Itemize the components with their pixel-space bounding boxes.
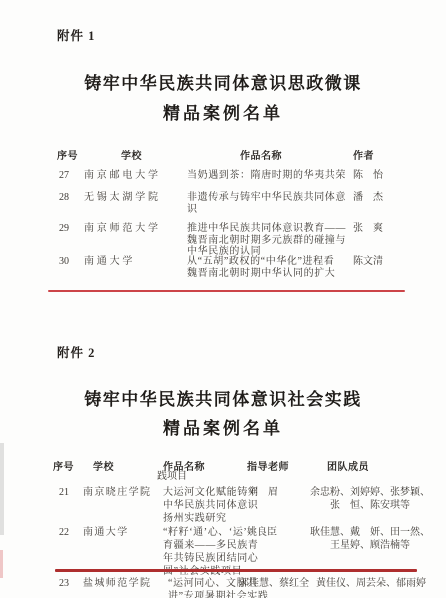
table2-header-no: 序号 [53, 458, 74, 473]
table1-row-author: 陈 怡 [353, 170, 383, 182]
table2-row-no: 21 [53, 486, 75, 499]
document-page: 附件 1 铸牢中华民族共同体意识思政微课 精品案例名单 序号 学校 作品名称 作… [0, 0, 446, 598]
attachment1-label: 附件 1 [57, 26, 95, 44]
table2-row-team: 黄佳仪、周芸朵、郁雨婷 [316, 577, 426, 590]
table2-header-teacher: 指导老师 [247, 458, 289, 473]
table1-row-no: 29 [53, 223, 75, 235]
table2-row-teacher: 姚良臣 [247, 526, 277, 539]
table2-row-school: 盐城师范学院 [83, 577, 151, 590]
table1-row-author: 潘 杰 [353, 192, 383, 204]
attachment1-title-line1: 铸牢中华民族共同体意识思政微课 [0, 69, 446, 94]
attachment1-title-line2: 精品案例名单 [0, 99, 446, 124]
table2-partial-row-text: 践项目 [157, 470, 187, 483]
table1-row-school: 无锡太湖学院 [84, 192, 161, 204]
table2-header-school: 学校 [93, 458, 114, 473]
attachment2-title-line2: 精品案例名单 [0, 414, 446, 439]
table1-row-author: 陈文清 [353, 256, 383, 268]
attachment2-title-line1: 铸牢中华民族共同体意识社会实践 [0, 385, 446, 410]
table1-row-school: 南通大学 [84, 256, 135, 268]
table1-row-author: 张 爽 [353, 223, 383, 235]
table1-row-no: 28 [53, 192, 75, 204]
table1-row-school: 南京邮电大学 [84, 170, 161, 182]
table2-row-teacher: 郭佳慧、蔡红全 [239, 577, 309, 590]
attachment2-label: 附件 2 [57, 343, 95, 361]
table1-row-work: 从“五胡”政权的“中华化”进程看 魏晋南北朝时期中华认同的扩大 [187, 256, 355, 279]
scan-artifact-pink-strip [0, 550, 3, 578]
table2-row-school: 南京晓庄学院 [83, 486, 151, 499]
table1-row-school: 南京师范大学 [84, 223, 161, 235]
table2-row-no: 22 [53, 526, 75, 539]
table1-header-author: 作者 [353, 147, 374, 162]
table1-row-no: 27 [53, 170, 75, 182]
table1-header-school: 学校 [121, 147, 142, 162]
table2-row-no: 23 [53, 577, 75, 590]
table1-row-work: 非遗传承与铸牢中华民族共同体意 识 [187, 192, 355, 215]
scan-artifact-grey-strip [0, 443, 4, 535]
table2-row-teacher: 刘 眉 [248, 486, 278, 499]
table1-header-no: 序号 [57, 147, 78, 162]
table2-header-team: 团队成员 [327, 458, 369, 473]
table1-row-work: 当奶遇到茶：隋唐时期的华夷共荣 [187, 170, 355, 182]
table1-row-work: 推进中华民族共同体意识教育—— 魏晋南北朝时期多元族群的碰撞与 中华民族的认同 [187, 223, 355, 258]
table2-row-team: 耿佳慧、戴 妍、田一然、 王星婷、顾浩楠等 [297, 526, 443, 552]
table1-row-no: 30 [53, 256, 75, 268]
table1-header-work: 作品名称 [240, 147, 282, 162]
red-divider-line-1 [48, 290, 405, 292]
table2-row-team: 余忠粉、刘婷婷、张梦颖、 张 恒、陈安琪等 [297, 486, 443, 512]
red-divider-line-2 [55, 569, 417, 572]
table2-row-school: 南通大学 [83, 526, 129, 539]
